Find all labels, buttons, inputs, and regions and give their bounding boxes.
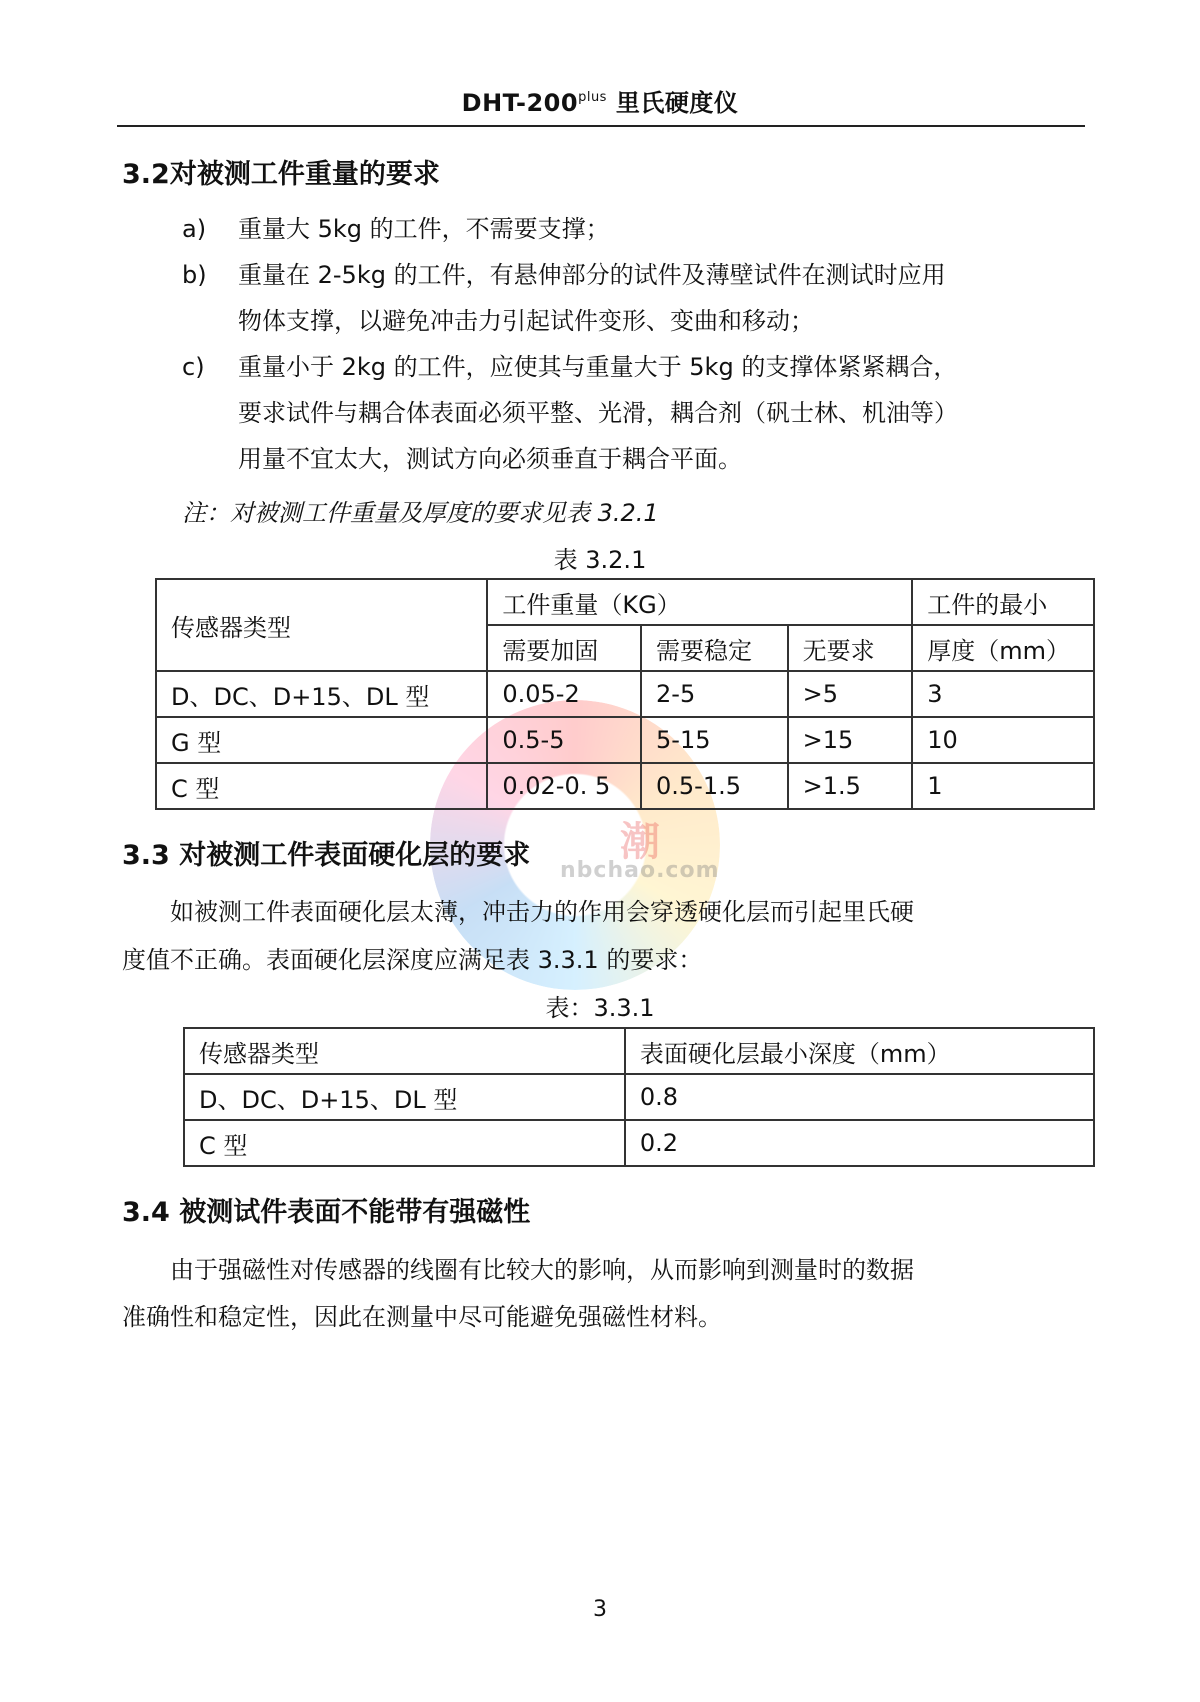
list-text: 用量不宜太大，测试方向必须垂直于耦合平面。 xyxy=(238,436,742,482)
list-text: 物体支撑，以避免冲击力引起试件变形、变曲和移动； xyxy=(238,298,814,344)
header-model-suffix: plus xyxy=(578,90,607,105)
list-text: 重量大 5kg 的工件，不需要支撑； xyxy=(238,206,610,252)
section-3-4-heading: 3.4 被测试件表面不能带有强磁性 xyxy=(122,1190,530,1229)
section-3-2-heading: 3.2对被测工件重量的要求 xyxy=(122,152,440,191)
th-min-depth: 表面硬化层最小深度（mm） xyxy=(625,1028,1094,1074)
page-number: 3 xyxy=(0,1597,1200,1622)
header-model: DHT-200 xyxy=(462,89,578,117)
header-divider xyxy=(117,125,1085,127)
cell-stabilize: 2-5 xyxy=(641,671,788,717)
cell-sensor: C 型 xyxy=(184,1120,625,1166)
cell-sensor: D、DC、D+15、DL 型 xyxy=(184,1074,625,1120)
cell-sensor: D、DC、D+15、DL 型 xyxy=(156,671,487,717)
list-label: a) xyxy=(182,206,206,252)
table-row: D、DC、D+15、DL 型 0.8 xyxy=(184,1074,1094,1120)
table-row: G 型 0.5-5 5-15 >15 10 xyxy=(156,717,1094,763)
th-sensor-type: 传感器类型 xyxy=(156,579,487,671)
section-3-3-heading: 3.3 对被测工件表面硬化层的要求 xyxy=(122,833,530,872)
th-stabilize: 需要稳定 xyxy=(641,625,788,671)
table-note: 注：对被测工件重量及厚度的要求见表 3.2.1 xyxy=(182,493,659,528)
cell-stabilize: 5-15 xyxy=(641,717,788,763)
cell-depth: 0.8 xyxy=(625,1074,1094,1120)
table-row: C 型 0.02-0. 5 0.5-1.5 >1.5 1 xyxy=(156,763,1094,809)
table-3-2-1-caption: 表 3.2.1 xyxy=(0,540,1200,575)
cell-reinforce: 0.5-5 xyxy=(487,717,641,763)
cell-sensor: C 型 xyxy=(156,763,487,809)
table-3-2-1: 传感器类型 工件重量（KG） 工件的最小 需要加固 需要稳定 无要求 厚度（mm… xyxy=(155,578,1095,810)
cell-reinforce: 0.05-2 xyxy=(487,671,641,717)
cell-no-requirement: >5 xyxy=(788,671,913,717)
cell-thickness: 3 xyxy=(912,671,1094,717)
th-min-thickness-1: 工件的最小 xyxy=(912,579,1094,625)
cell-reinforce: 0.02-0. 5 xyxy=(487,763,641,809)
section-3-3-para-line2: 度值不正确。表面硬化层深度应满足表 3.3.1 的要求： xyxy=(122,940,702,975)
list-label: c) xyxy=(182,344,205,390)
table-3-3-1-caption: 表：3.3.1 xyxy=(0,988,1200,1023)
cell-thickness: 1 xyxy=(912,763,1094,809)
section-3-4-para-line2: 准确性和稳定性，因此在测量中尽可能避免强磁性材料。 xyxy=(122,1297,722,1332)
table-row: C 型 0.2 xyxy=(184,1120,1094,1166)
th-no-requirement: 无要求 xyxy=(788,625,913,671)
list-text: 重量在 2-5kg 的工件，有悬伸部分的试件及薄壁试件在测试时应用 xyxy=(238,252,946,298)
list-text: 重量小于 2kg 的工件，应使其与重量大于 5kg 的支撑体紧紧耦合， xyxy=(238,344,957,390)
watermark-text: nbchao.com xyxy=(560,858,720,883)
header-product-name: 里氏硬度仪 xyxy=(607,89,738,117)
cell-no-requirement: >1.5 xyxy=(788,763,913,809)
section-3-3-para-line1: 如被测工件表面硬化层太薄，冲击力的作用会穿透硬化层而引起里氏硬 xyxy=(122,892,914,927)
section-3-4-para-line1: 由于强磁性对传感器的线圈有比较大的影响，从而影响到测量时的数据 xyxy=(122,1250,914,1285)
th-sensor-type: 传感器类型 xyxy=(184,1028,625,1074)
cell-no-requirement: >15 xyxy=(788,717,913,763)
table-row: D、DC、D+15、DL 型 0.05-2 2-5 >5 3 xyxy=(156,671,1094,717)
cell-depth: 0.2 xyxy=(625,1120,1094,1166)
list-label: b) xyxy=(182,252,207,298)
th-weight: 工件重量（KG） xyxy=(487,579,912,625)
th-reinforce: 需要加固 xyxy=(487,625,641,671)
list-text: 要求试件与耦合体表面必须平整、光滑，耦合剂（矾士林、机油等） xyxy=(238,390,958,436)
cell-stabilize: 0.5-1.5 xyxy=(641,763,788,809)
cell-thickness: 10 xyxy=(912,717,1094,763)
th-min-thickness-2: 厚度（mm） xyxy=(912,625,1094,671)
document-header-title: DHT-200plus 里氏硬度仪 xyxy=(0,83,1200,118)
table-3-3-1: 传感器类型 表面硬化层最小深度（mm） D、DC、D+15、DL 型 0.8 C… xyxy=(183,1027,1095,1167)
cell-sensor: G 型 xyxy=(156,717,487,763)
